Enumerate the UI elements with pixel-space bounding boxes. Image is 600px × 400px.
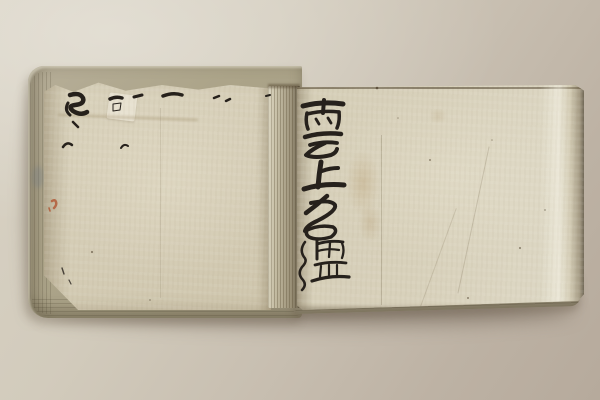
ink-flecks [62,268,71,284]
calligraphy-title-text: 雲上名鑑 [298,92,352,302]
ink-fragments [63,94,270,148]
red-mark [49,200,56,211]
